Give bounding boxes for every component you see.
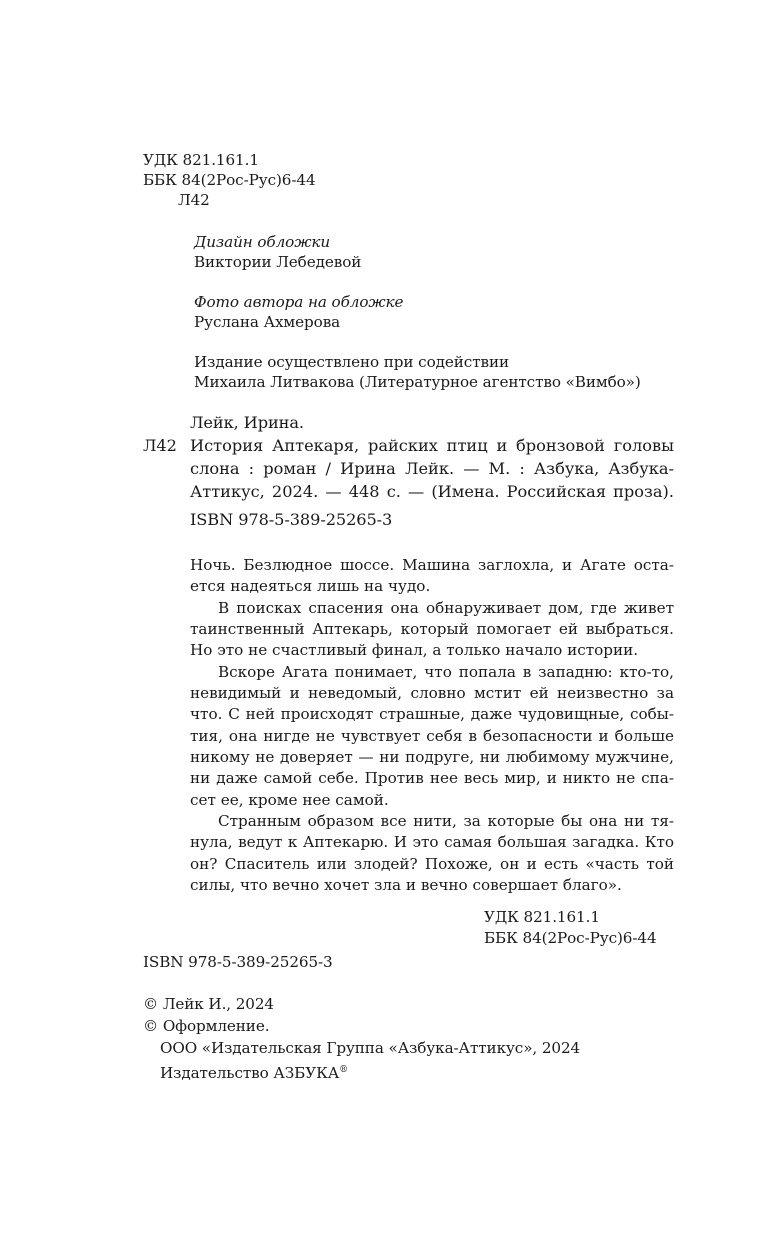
cover-design-label: Дизайн обложки	[194, 232, 330, 252]
annotation-line: Ночь. Безлюдное шоссе. Машина заглохла, …	[190, 555, 674, 575]
annotation-line: таинственный Аптекарь, который помогает …	[190, 619, 674, 639]
record-author-sign: Л42	[143, 436, 177, 456]
annotation-line: ется надеяться лишь на чудо.	[190, 576, 674, 596]
author-photo-label: Фото автора на обложке	[194, 292, 403, 312]
copyright-publisher-group: ООО «Издательская Группа «Азбука-Аттикус…	[160, 1038, 580, 1058]
annotation-line: сет ее, кроме нее самой.	[190, 790, 674, 810]
annotation-line: невидимый и неведомый, словно мстит ей н…	[190, 683, 674, 703]
acknowledgement-line-1: Издание осуществлено при содействии	[194, 352, 509, 372]
udk-code: УДК 821.161.1	[143, 150, 259, 170]
copyright-imprint: Издательство АЗБУКА®	[160, 1060, 348, 1083]
copyright-author: © Лейк И., 2024	[143, 994, 274, 1014]
annotation-line: В поисках спасения она обнаруживает дом,…	[190, 598, 674, 618]
record-description-line-2: слона : роман / Ирина Лейк. — М. : Азбук…	[190, 459, 674, 479]
annotation-line: ни даже самой себе. Против нее весь мир,…	[190, 768, 674, 788]
annotation-line: тия, она нигде не чувствует себя в безоп…	[190, 726, 674, 746]
annotation-line: нула, ведут к Аптекарю. И это самая боль…	[190, 832, 674, 852]
annotation-line: он? Спаситель или злодей? Похоже, он и е…	[190, 854, 674, 874]
imprint-name: Издательство АЗБУКА	[160, 1064, 339, 1082]
annotation-line: силы, что вечно хочет зла и вечно соверш…	[190, 875, 674, 895]
copyright-page: УДК 821.161.1 ББК 84(2Рос-Рус)6-44 Л42 Д…	[0, 0, 768, 1240]
author-photo-name: Руслана Ахмерова	[194, 312, 340, 332]
annotation-line: Но это не счастливый финал, а только нач…	[190, 640, 674, 660]
record-description-line-3: Аттикус, 2024. — 448 с. — (Имена. Россий…	[190, 482, 674, 502]
acknowledgement-line-2: Михаила Литвакова (Литературное агентств…	[194, 372, 641, 392]
record-isbn: ISBN 978-5-389-25265-3	[190, 510, 392, 530]
footer-bbk-code: ББК 84(2Рос-Рус)6-44	[484, 928, 657, 948]
registered-mark-icon: ®	[339, 1065, 348, 1075]
annotation-line: никому не доверяет — ни подруге, ни люби…	[190, 747, 674, 767]
author-heading: Лейк, Ирина.	[190, 413, 304, 433]
annotation-line: Вскоре Агата понимает, что попала в запа…	[190, 662, 674, 682]
bbk-code: ББК 84(2Рос-Рус)6-44	[143, 170, 316, 190]
footer-isbn: ISBN 978-5-389-25265-3	[143, 952, 333, 972]
copyright-design: © Оформление.	[143, 1016, 269, 1036]
author-sign: Л42	[178, 190, 210, 210]
annotation-line: что. С ней происходят страшные, даже чуд…	[190, 704, 674, 724]
record-description-line-1: История Аптекаря, райских птиц и бронзов…	[190, 436, 674, 456]
annotation-line: Странным образом все нити, за которые бы…	[190, 811, 674, 831]
cover-design-name: Виктории Лебедевой	[194, 252, 361, 272]
footer-udk-code: УДК 821.161.1	[484, 907, 600, 927]
